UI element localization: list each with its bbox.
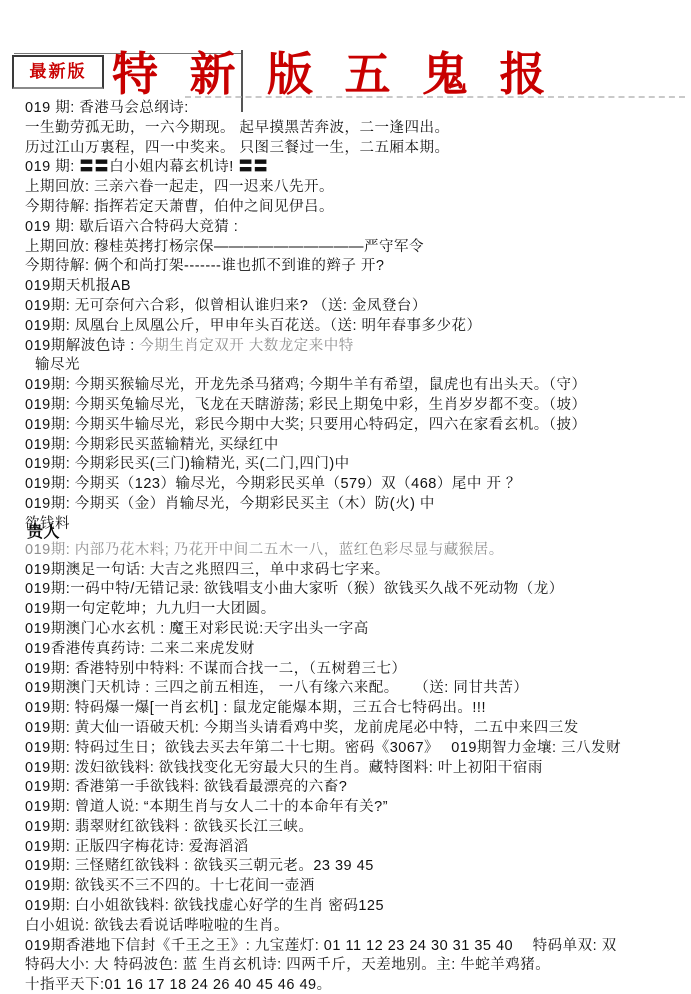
- text-line: 上期回放: 三亲六眷一起走，四一迟来八先开。: [25, 178, 685, 198]
- text-line: 019 期: 香港马会总纲诗:: [25, 99, 685, 119]
- text-line: 019期: 香港特别中特料: 不谋而合找一二，（五树碧三七）: [25, 660, 685, 680]
- text-line: 019期一句定乾坤；九九归一大团圆。: [25, 600, 685, 620]
- text-line: 今期待解: 俩个和尚打架-------谁也抓不到谁的辫子 开?: [25, 257, 685, 277]
- text-line: 019期: 内部乃花木料; 乃花开中间二五木一八，蓝红色彩尽显与藏猴居。: [25, 541, 685, 561]
- text-line: 019期:一码中特/无错记录: 欲钱唱支小曲大家听（猴）欲钱买久战不死动物（龙）: [25, 580, 685, 600]
- text-line: 019期: 翡翠财红欲钱料 : 欲钱买长江三峡。: [25, 818, 685, 838]
- text-line: 019期: 黄大仙一语破天机: 今期当头请看鸡中奖，龙前虎尾必中特，二五中来四三…: [25, 719, 685, 739]
- text-line: 今期待解: 指挥若定天萧曹，伯仲之间见伊吕。: [25, 198, 685, 218]
- text-line: 上期回放: 穆桂英拷打杨宗保——————————严守军令: [25, 238, 685, 258]
- text-line: 一生勤劳孤无助，一六今期现。 起早摸黑苦奔波，二一逢四出。: [25, 119, 685, 139]
- text-line: 输尽光: [25, 356, 685, 376]
- text-line: 019期: 欲钱买不三不四的。十七花间一壶酒: [25, 877, 685, 897]
- text-line: 019期: 今期买牛输尽光，彩民今期中大奖; 只要用心特码定，四六在家看玄机。（…: [25, 416, 685, 436]
- text-line: 019期香港地下信封《千王之王》: 九宝莲灯: 01 11 12 23 24 3…: [25, 937, 685, 957]
- text-line: 019期: 今期买（123）输尽光，今期彩民买单（579）双（468）尾中 开 …: [25, 475, 685, 495]
- text-line: 十指平天下:01 16 17 18 24 26 40 45 46 49。: [25, 976, 685, 994]
- newspaper-page: 最新版 特 新 版 五 鬼 报 019 期: 香港马会总纲诗:一生勤劳孤无助，一…: [0, 0, 691, 994]
- page-title: 特 新 版 五 鬼 报: [112, 38, 556, 104]
- text-line: 019期: 凤凰台上凤凰公斤，甲申年头百花送。（送: 明年春事多少花）: [25, 317, 685, 337]
- overlap-text-back: 贵人: [27, 523, 60, 543]
- text-line: 019期: 无可奈何六合彩，似曾相认谁归来? （送: 金凤登台）: [25, 297, 685, 317]
- text-line: 019期: 香港第一手欲钱料: 欲钱看最漂亮的六畜?: [25, 778, 685, 798]
- text-line: 019 期: 〓〓白小姐内幕玄机诗! 〓〓: [25, 158, 685, 178]
- edition-badge: 最新版: [12, 55, 104, 89]
- text-line: 019期天机报AB: [25, 277, 685, 297]
- text-line: 白小姐说: 欲钱去看说话哔啦啦的生肖。: [25, 917, 685, 937]
- text-line: 019期澳门心水玄机 : 魔王对彩民说:天字出头一字高: [25, 620, 685, 640]
- content-lines: 019 期: 香港马会总纲诗:一生勤劳孤无助，一六今期现。 起早摸黑苦奔波，二一…: [25, 99, 685, 994]
- line-prefix: 019期解波色诗 :: [25, 338, 139, 354]
- dashed-artifact-line: [185, 96, 685, 98]
- text-line: 019期: 曾道人说: “本期生肖与女人二十的本命年有关?”: [25, 798, 685, 818]
- text-line: 019期澳足一句话: 大吉之兆照四三，单中求码七字来。: [25, 561, 685, 581]
- text-line: 019期: 今期买（金）肖输尽光，今期彩民买主（木）防(火) 中: [25, 495, 685, 515]
- text-line: 019期: 今期彩民买(三门)输精光, 买(二门,四门)中: [25, 455, 685, 475]
- text-line: 019期: 正版四字梅花诗: 爱海滔滔: [25, 838, 685, 858]
- text-line: 019期: 泼妇欲钱料: 欲钱找变化无穷最大只的生肖。藏特图料: 叶上初阳干宿雨: [25, 759, 685, 779]
- text-line: 欲钱料贵人: [25, 515, 685, 541]
- text-line: 019期: 今期彩民买蓝输精光, 买绿红中: [25, 436, 685, 456]
- line-faded-part: 今期生肖定双开 大数龙定来中特: [139, 338, 354, 354]
- text-line: 019香港传真药诗: 二来二来虎发财: [25, 640, 685, 660]
- text-line: 019期澳门天机诗 : 三四之前五相连， 一八有缘六来配。 （送: 同甘共苦）: [25, 679, 685, 699]
- text-line: 特码大小: 大 特码波色: 蓝 生肖玄机诗: 四两千斤，天差地别。主: 牛蛇羊鸡…: [25, 956, 685, 976]
- text-line: 019期: 今期买猴输尽光，开龙先杀马猪鸡; 今期牛羊有希望，鼠虎也有出头天。（…: [25, 376, 685, 396]
- text-line: 019 期: 歇后语六合特码大竞猜 :: [25, 218, 685, 238]
- text-line: 019期: 今期买兔输尽光，飞龙在天瞎游荡; 彩民上期兔中彩，生肖岁岁都不变。（…: [25, 396, 685, 416]
- text-line: 019期: 白小姐欲钱料: 欲钱找虚心好学的生肖 密码125: [25, 897, 685, 917]
- text-line: 019期: 三怪赌红欲钱料 : 欲钱买三朝元老。23 39 45: [25, 857, 685, 877]
- text-line: 019期: 特码爆一爆[一肖玄机] : 鼠龙定能爆本期，三五合七特码出。!!!: [25, 699, 685, 719]
- text-line: 019期: 特码过生日；欲钱去买去年第二十七期。密码《3067》 019期智力金…: [25, 739, 685, 759]
- text-line: 历过江山万裏程，四一中奖来。 只图三餐过一生，二五厢本期。: [25, 139, 685, 159]
- page-header: 最新版 特 新 版 五 鬼 报: [0, 0, 691, 98]
- text-line: 019期解波色诗 : 今期生肖定双开 大数龙定来中特: [25, 337, 685, 357]
